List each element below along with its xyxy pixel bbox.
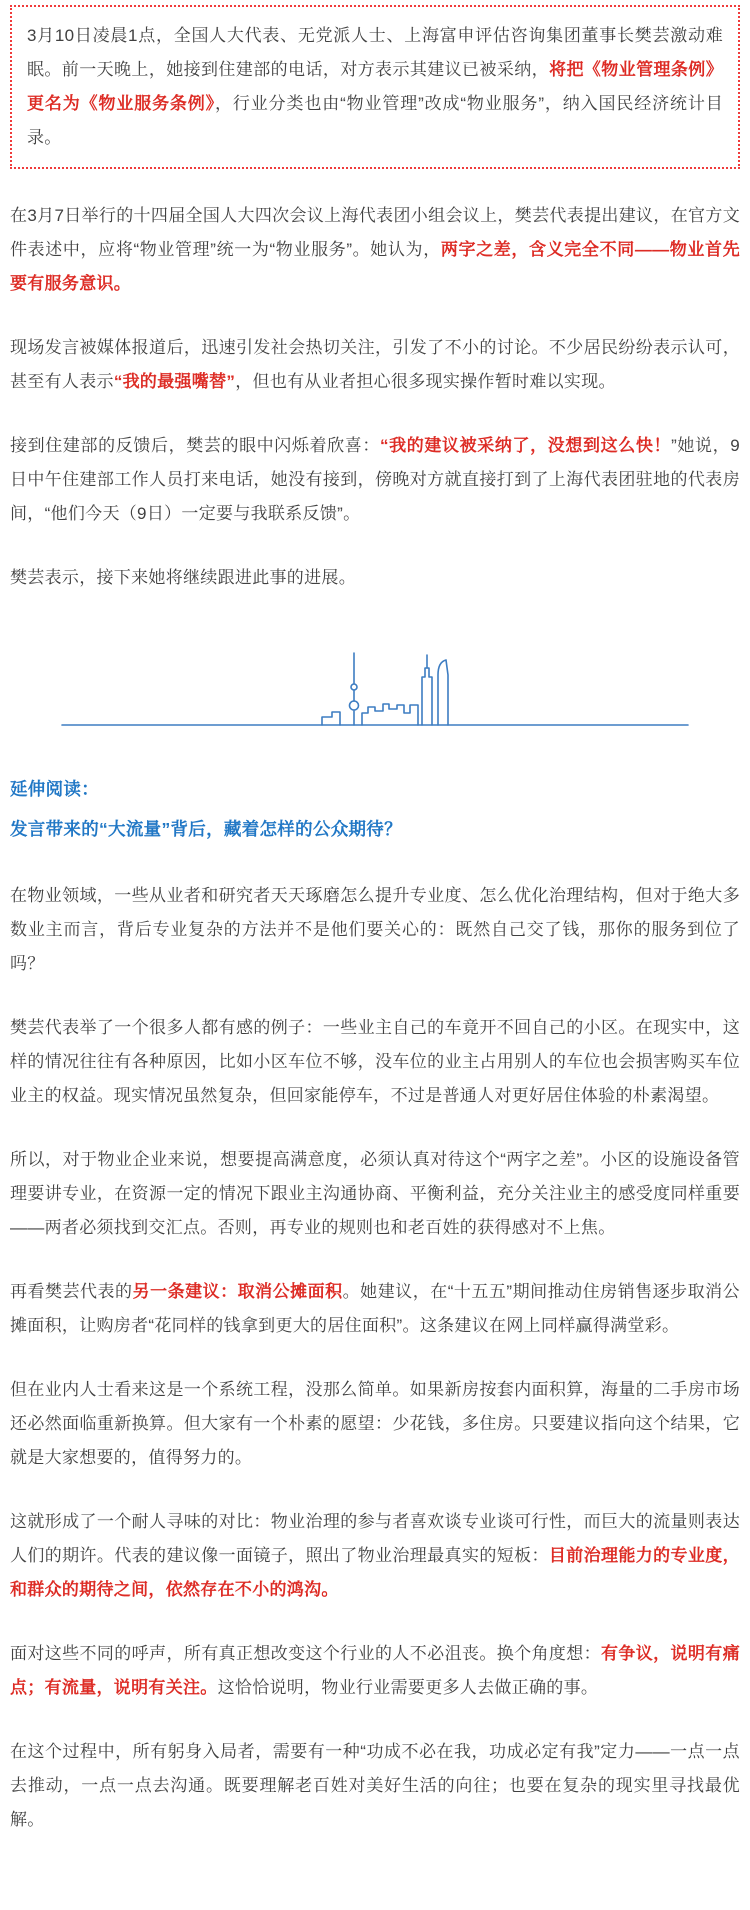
shanghai-skyline-divider: [10, 633, 740, 733]
body-text: 樊芸表示，接下来她将继续跟进此事的进展。: [10, 568, 356, 587]
body-text: 再看樊芸代表的: [10, 1282, 133, 1301]
article-paragraph: 樊芸代表举了一个很多人都有感的例子：一些业主自己的车竟开不回自己的小区。在现实中…: [10, 1011, 740, 1113]
heading-line: 发言带来的“大流量”背后，藏着怎样的公众期待？: [10, 809, 740, 849]
article-paragraph: 接到住建部的反馈后，樊芸的眼中闪烁着欣喜：“我的建议被采纳了，没想到这么快！”她…: [10, 429, 740, 531]
body-text: ，但也有从业者担心很多现实操作暂时难以实现。: [235, 372, 616, 391]
article-paragraph: 在这个过程中，所有躬身入局者，需要有一种“功成不必在我，功成必定有我”定力——一…: [10, 1735, 740, 1837]
city-skyline-icon: [60, 633, 690, 733]
body-text: 所以，对于物业企业来说，想要提高满意度，必须认真对待这个“两字之差”。小区的设施…: [10, 1150, 740, 1237]
body-text: 接到住建部的反馈后，樊芸的眼中闪烁着欣喜：: [10, 436, 380, 455]
article-body: 3月10日凌晨1点，全国人大代表、无党派人士、上海富申评估咨询集团董事长樊芸激动…: [10, 5, 740, 1837]
article-paragraph: 在物业领域，一些从业者和研究者天天琢磨怎么提升专业度、怎么优化治理结构，但对于绝…: [10, 879, 740, 981]
article-paragraph: 面对这些不同的呼声，所有真正想改变这个行业的人不必沮丧。换个角度想：有争议，说明…: [10, 1637, 740, 1705]
article-paragraph: 樊芸表示，接下来她将继续跟进此事的进展。: [10, 561, 740, 595]
wechat-article-page: 3月10日凌晨1点，全国人大代表、无党派人士、上海富申评估咨询集团董事长樊芸激动…: [0, 0, 750, 1910]
article-paragraph: 所以，对于物业企业来说，想要提高满意度，必须认真对待这个“两字之差”。小区的设施…: [10, 1143, 740, 1245]
lead-highlight-box: 3月10日凌晨1点，全国人大代表、无党派人士、上海富申评估咨询集团董事长樊芸激动…: [10, 5, 740, 169]
highlighted-text: 另一条建议：取消公摊面积: [133, 1282, 343, 1301]
heading-line: 延伸阅读：: [10, 769, 740, 809]
body-text: 这恰恰说明，物业行业需要更多人去做正确的事。: [218, 1678, 599, 1697]
body-text: 樊芸代表举了一个很多人都有感的例子：一些业主自己的车竟开不回自己的小区。在现实中…: [10, 1018, 740, 1105]
article-paragraph: 现场发言被媒体报道后，迅速引发社会热切关注，引发了不小的讨论。不少居民纷纷表示认…: [10, 331, 740, 399]
highlighted-text: “我的建议被采纳了，没想到这么快！: [380, 436, 671, 455]
article-paragraph: 在3月7日举行的十四届全国人大四次会议上海代表团小组会议上，樊芸代表提出建议，在…: [10, 199, 740, 301]
highlighted-text: “我的最强嘴替”: [114, 372, 235, 391]
body-text: 在物业领域，一些从业者和研究者天天琢磨怎么提升专业度、怎么优化治理结构，但对于绝…: [10, 886, 740, 973]
extended-reading-heading: 延伸阅读：发言带来的“大流量”背后，藏着怎样的公众期待？: [10, 769, 740, 849]
body-text: 但在业内人士看来这是一个系统工程，没那么简单。如果新房按套内面积算，海量的二手房…: [10, 1380, 740, 1467]
article-paragraph: 但在业内人士看来这是一个系统工程，没那么简单。如果新房按套内面积算，海量的二手房…: [10, 1373, 740, 1475]
article-paragraph: 再看樊芸代表的另一条建议：取消公摊面积。她建议，在“十五五”期间推动住房销售逐步…: [10, 1275, 740, 1343]
article-paragraph: 这就形成了一个耐人寻味的对比：物业治理的参与者喜欢谈专业谈可行性，而巨大的流量则…: [10, 1505, 740, 1607]
body-text: 在这个过程中，所有躬身入局者，需要有一种“功成不必在我，功成必定有我”定力——一…: [10, 1742, 740, 1829]
body-text: 面对这些不同的呼声，所有真正想改变这个行业的人不必沮丧。换个角度想：: [10, 1644, 601, 1663]
